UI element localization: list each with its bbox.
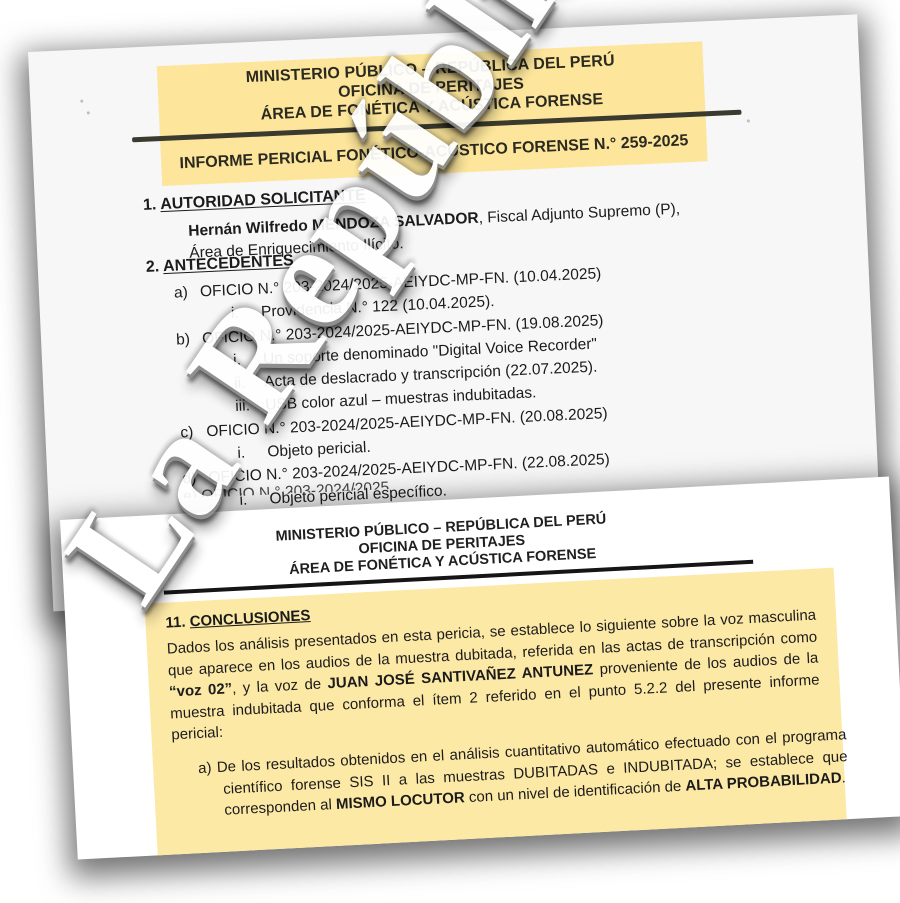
scan-speck (80, 100, 83, 103)
section-1-heading: 1. AUTORIDAD SOLICITANTE (143, 187, 366, 215)
section-1-title: AUTORIDAD SOLICITANTE (160, 187, 366, 213)
section-11-number: 11. (165, 614, 186, 632)
page2-letterhead: MINISTERIO PÚBLICO – REPÚBLICA DEL PERÚ … (211, 508, 673, 583)
item-text: . (841, 769, 846, 786)
subitem-marker: iii. (235, 394, 266, 419)
subitem-marker: i. (237, 441, 268, 466)
para-text: , y la voz de (232, 675, 328, 697)
subitem-marker: i. (233, 348, 264, 373)
document-page-2: MINISTERIO PÚBLICO – REPÚBLICA DEL PERÚ … (60, 477, 900, 860)
section-2-title: ANTECEDENTES (163, 252, 294, 275)
subitem-text: Objeto pericial. (267, 439, 371, 461)
subitem-marker: ii. (234, 371, 265, 396)
item-marker: a) (174, 280, 201, 304)
subitem-marker: i. (231, 301, 262, 326)
antecedentes-list: a)OFICIO N.° 203-2024/2025-AEIYDC-MP-FN.… (174, 262, 612, 514)
section-2-number: 2. (146, 258, 160, 276)
voice-label: “voz 02” (169, 680, 233, 700)
item-marker: c) (180, 420, 207, 444)
section-1-number: 1. (143, 196, 157, 214)
same-speaker: MISMO LOCUTOR (336, 789, 466, 813)
item-marker: b) (176, 327, 203, 351)
scan-speck (747, 119, 750, 122)
item-marker: a) (198, 759, 212, 777)
scan-speck (87, 111, 90, 114)
section-2-heading: 2. ANTECEDENTES (146, 252, 295, 277)
